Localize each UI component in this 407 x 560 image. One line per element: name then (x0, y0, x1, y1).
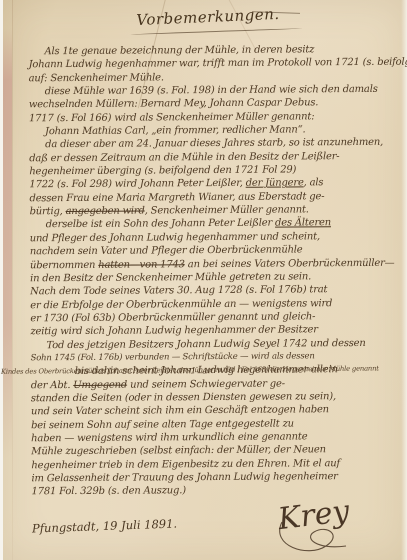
line-text: 1722 (s. Fol 298) wird Johann Peter Leiß… (29, 178, 245, 191)
manuscript-line: Tod des jetzigen Besitzers Johann Ludwig… (30, 336, 404, 352)
page-edge-line (12, 0, 13, 560)
line-text: , als (304, 178, 324, 189)
line-text: bürtig, (30, 206, 66, 217)
line-text: übernommen (30, 259, 98, 270)
line-text: der Abt. (31, 380, 74, 391)
underlined-term: der Jüngere (246, 178, 304, 189)
signature-flourish (268, 516, 388, 560)
manuscript-line: 1781 Fol. 329b (s. den Auszug.) (31, 483, 405, 499)
struck-term: Umgegend (73, 379, 127, 390)
struck-term: hatten—von 1743 (98, 259, 185, 271)
line-text: und seinem Schwiegervater ge- (127, 378, 285, 390)
line-text: , Senckenheimer Müller genannt. (145, 204, 309, 216)
struck-term: angegeben wird (66, 206, 145, 218)
line-text: derselbe ist ein Sohn des Johann Peter L… (46, 218, 275, 231)
page-left-edge (3, 28, 12, 458)
manuscript-line: übernommen hatten—von 1743 an bei seines… (30, 256, 404, 272)
underlined-term: des Älteren (275, 218, 331, 229)
line-text: an bei seines Vaters Oberbrückenmüller— (185, 257, 395, 269)
manuscript-body: Als 1te genaue bezeichnung der Mühle, in… (28, 43, 405, 499)
manuscript-line: da dieser aber am 24. Januar dieses Jahr… (29, 136, 403, 152)
manuscript-page: Vorbemerkungen. Als 1te genaue bezeichnu… (0, 0, 407, 560)
manuscript-line: Johann Ludwig hegenhammer war, trifft ma… (29, 56, 403, 72)
